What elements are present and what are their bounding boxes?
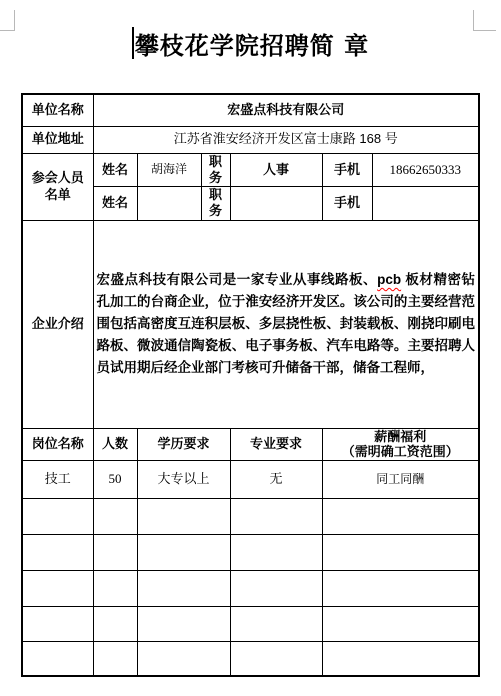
empty-cell[interactable] [230, 570, 322, 606]
empty-cell[interactable] [230, 534, 322, 570]
intro-text-part1: 宏盛点科技有限公司是一家专业从事线路板、 [97, 272, 378, 287]
duty-value-cell[interactable]: 人事 [230, 153, 322, 187]
count-header-cell: 人数 [93, 428, 137, 460]
phone-value-cell[interactable] [372, 187, 479, 221]
salary-header-line1: 薪酬福利 [326, 429, 476, 445]
position-row-empty [22, 641, 479, 676]
empty-cell[interactable] [93, 570, 137, 606]
document-page: 攀枝花学院招聘简 章 单位名称 宏盛点科技有限公司 单位地址 江苏省淮安经济开发… [0, 0, 501, 696]
name-label-cell: 姓名 [93, 187, 137, 221]
title-row: 攀枝花学院招聘简 章 [0, 26, 501, 60]
phone-label-cell: 手机 [322, 187, 372, 221]
recruitment-table: 单位名称 宏盛点科技有限公司 单位地址 江苏省淮安经济开发区富士康路 168 号… [21, 93, 480, 677]
name-label-cell: 姓名 [93, 153, 137, 187]
empty-cell[interactable] [322, 534, 479, 570]
major-header-cell: 专业要求 [230, 428, 322, 460]
empty-cell[interactable] [22, 534, 93, 570]
major-value-cell[interactable]: 无 [230, 460, 322, 498]
duty-label-cell: 职务 [201, 187, 230, 221]
empty-cell[interactable] [93, 534, 137, 570]
empty-cell[interactable] [22, 606, 93, 641]
position-row-empty [22, 606, 479, 641]
education-value-cell[interactable]: 大专以上 [137, 460, 230, 498]
salary-value-cell[interactable]: 同工同酬 [322, 460, 479, 498]
count-value-cell[interactable]: 50 [93, 460, 137, 498]
empty-cell[interactable] [137, 606, 230, 641]
intro-label-cell: 企业介绍 [22, 220, 93, 428]
empty-cell[interactable] [93, 606, 137, 641]
empty-cell[interactable] [230, 641, 322, 676]
empty-cell[interactable] [322, 641, 479, 676]
text-cursor [132, 27, 134, 59]
duty-label-cell: 职务 [201, 153, 230, 187]
post-value-cell[interactable]: 技工 [22, 460, 93, 498]
salary-header-cell: 薪酬福利 （需明确工资范围） [322, 428, 479, 460]
empty-cell[interactable] [137, 641, 230, 676]
empty-cell[interactable] [322, 570, 479, 606]
phone-value-cell[interactable]: 18662650333 [372, 153, 479, 187]
intro-text-part2: 板材精密钻孔加工的台商企业，位于淮安经济开发区。该公司的主要经营范围包括高密度互… [97, 272, 476, 375]
position-row: 技工 50 大专以上 无 同工同酬 [22, 460, 479, 498]
education-header-cell: 学历要求 [137, 428, 230, 460]
duty-value-cell[interactable] [230, 187, 322, 221]
empty-cell[interactable] [93, 641, 137, 676]
position-row-empty [22, 570, 479, 606]
empty-cell[interactable] [22, 498, 93, 534]
unit-name-row: 单位名称 宏盛点科技有限公司 [22, 94, 479, 126]
empty-cell[interactable] [22, 641, 93, 676]
participants-label-cell: 参会人员 名单 [22, 153, 93, 220]
post-header-cell: 岗位名称 [22, 428, 93, 460]
intro-text-cell[interactable]: 宏盛点科技有限公司是一家专业从事线路板、pcb 板材精密钻孔加工的台商企业，位于… [93, 220, 479, 428]
empty-cell[interactable] [230, 606, 322, 641]
empty-cell[interactable] [22, 570, 93, 606]
intro-row: 企业介绍 宏盛点科技有限公司是一家专业从事线路板、pcb 板材精密钻孔加工的台商… [22, 220, 479, 428]
salary-header-line2: （需明确工资范围） [326, 444, 476, 460]
name-value-cell[interactable]: 胡海洋 [137, 153, 201, 187]
empty-cell[interactable] [137, 570, 230, 606]
position-row-empty [22, 498, 479, 534]
empty-cell[interactable] [137, 498, 230, 534]
empty-cell[interactable] [137, 534, 230, 570]
unit-address-row: 单位地址 江苏省淮安经济开发区富士康路 168 号 [22, 126, 479, 153]
empty-cell[interactable] [230, 498, 322, 534]
positions-header-row: 岗位名称 人数 学历要求 专业要求 薪酬福利 （需明确工资范围） [22, 428, 479, 460]
unit-name-label-cell: 单位名称 [22, 94, 93, 126]
empty-cell[interactable] [322, 498, 479, 534]
position-row-empty [22, 534, 479, 570]
unit-address-label-cell: 单位地址 [22, 126, 93, 153]
phone-label-cell: 手机 [322, 153, 372, 187]
name-value-cell[interactable] [137, 187, 201, 221]
intro-paragraph[interactable]: 宏盛点科技有限公司是一家专业从事线路板、pcb 板材精密钻孔加工的台商企业，位于… [97, 269, 476, 379]
spellcheck-word: pcb [377, 272, 401, 287]
participant-row: 参会人员 名单 姓名 胡海洋 职务 人事 手机 18662650333 [22, 153, 479, 187]
empty-cell[interactable] [322, 606, 479, 641]
empty-cell[interactable] [93, 498, 137, 534]
unit-name-value-cell[interactable]: 宏盛点科技有限公司 [93, 94, 479, 126]
page-title[interactable]: 攀枝花学院招聘简 章 [135, 26, 369, 61]
unit-address-value-cell[interactable]: 江苏省淮安经济开发区富士康路 168 号 [93, 126, 479, 153]
